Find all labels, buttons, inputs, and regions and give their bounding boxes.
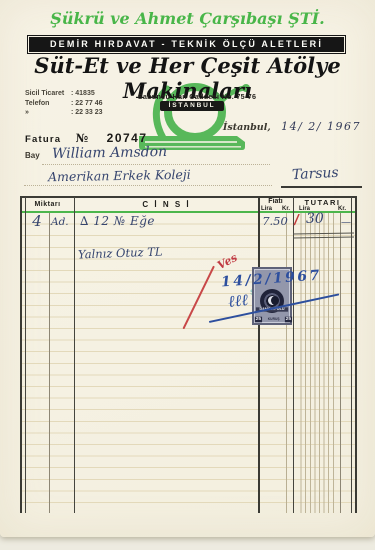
stamp-value-left: 25: [255, 317, 262, 323]
desc-price-divider: [258, 197, 260, 513]
col-header-price: Fiatı: [258, 198, 293, 205]
business-line-banner: DEMİR HIRDAVAT - TEKNİK ÖLÇÜ ALETLERİ: [28, 36, 345, 53]
registry-line: »: 22 33 23: [25, 108, 103, 118]
qty-unit-divider: [49, 213, 50, 513]
numero-sign: №: [76, 131, 89, 145]
total-kr-divider: [340, 213, 341, 513]
col-header-price-sub: Lira Kr.: [258, 206, 293, 212]
stamp-values: 25 KURUŞ 25: [254, 316, 290, 323]
table-border-left-inner: [25, 197, 26, 513]
crescent-icon: [268, 296, 277, 305]
dotted-rule: [42, 164, 270, 165]
col-header-desc: C İ N S İ: [75, 200, 258, 209]
row-total-kr-dash: —: [338, 217, 354, 228]
registry-line: Sicil Ticaret: 41835: [25, 89, 103, 99]
invoice-paper: Şükrü ve Ahmet Çarşıbaşı ŞTİ. DEMİR HIRD…: [0, 0, 375, 537]
stamp-unit: KURUŞ: [267, 318, 279, 322]
recipient-city-handwriting: Tarsus: [292, 165, 339, 183]
row-qty: 4: [27, 212, 47, 230]
date-city-label: İstanbul,: [223, 122, 271, 133]
signature-loops: ℓℓℓ: [227, 290, 249, 312]
city-band: İSTANBUL: [160, 101, 224, 111]
price-total-divider: [293, 197, 294, 513]
company-owners-script: Şükrü ve Ahmet Çarşıbaşı ŞTİ.: [0, 9, 375, 28]
row-total-lira: 30: [306, 211, 324, 227]
dotted-rule: [24, 185, 272, 186]
stamp-value-right: 25: [285, 317, 292, 323]
table-border-right-inner: [351, 197, 352, 513]
table-border-right-outer: [355, 197, 357, 513]
amount-in-words-handwriting: Yalnız Otuz TL: [78, 245, 163, 262]
col-header-qty: Miktarı: [20, 201, 75, 208]
date-line: İstanbul, 14/ 2/ 1967: [223, 117, 361, 135]
price-lira-kr-divider: [286, 213, 287, 513]
street-address: Sabuncu Han Caddesi No. 75-76: [112, 92, 282, 101]
qty-desc-divider: [74, 197, 75, 513]
salutation-label: Bay: [25, 151, 40, 160]
tutari-ledger-lines: [297, 213, 335, 513]
fatura-label: Fatura: [25, 134, 61, 145]
row-price: 7.50: [257, 214, 293, 228]
registry-block: Sicil Ticaret: 41835 Telefon: 22 77 46 »…: [25, 89, 103, 118]
registry-line: Telefon: 22 77 46: [25, 99, 103, 109]
row-unit: Ad.: [51, 216, 69, 228]
table-border-left-outer: [20, 197, 22, 513]
scanned-invoice-photo: { "masthead": { "owners_script": "Şükrü …: [0, 0, 375, 550]
recipient-name-handwriting: William Amsdon: [52, 144, 167, 162]
handwritten-date: 14/ 2/ 1967: [281, 120, 361, 133]
city-underline: [281, 186, 362, 188]
recipient-org-handwriting: Amerikan Erkek Koleji: [48, 167, 191, 184]
row-description: ∆ 12 № Eğe: [80, 214, 155, 228]
fatura-number: 20747: [107, 131, 148, 145]
